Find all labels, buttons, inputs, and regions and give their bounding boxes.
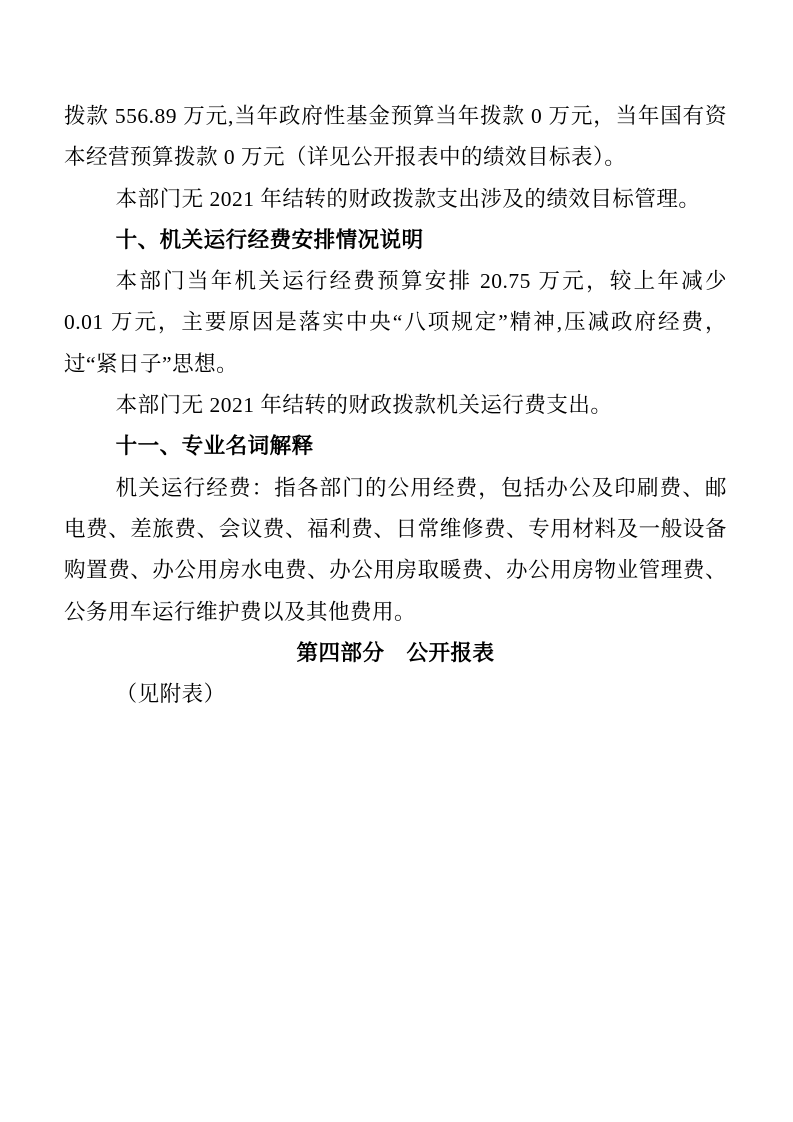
paragraph-operating-expense: 本部门当年机关运行经费预算安排 20.75 万元，较上年减少 0.01 万元，主…	[64, 261, 727, 385]
paragraph-no-2021-performance: 本部门无 2021 年结转的财政拨款支出涉及的绩效目标管理。	[64, 179, 727, 220]
heading-section-10: 十、机关运行经费安排情况说明	[64, 220, 727, 261]
document-page: 拨款 556.89 万元,当年政府性基金预算当年拨款 0 万元，当年国有资本经营…	[0, 0, 793, 1122]
heading-section-11: 十一、专业名词解释	[64, 426, 727, 467]
heading-part-4: 第四部分 公开报表	[64, 633, 727, 674]
paragraph-term-definition: 机关运行经费：指各部门的公用经费，包括办公及印刷费、邮电费、差旅费、会议费、福利…	[64, 468, 727, 633]
paragraph-no-2021-operating: 本部门无 2021 年结转的财政拨款机关运行费支出。	[64, 385, 727, 426]
paragraph-see-attached: （见附表）	[64, 674, 727, 715]
paragraph-funding-carryover: 拨款 556.89 万元,当年政府性基金预算当年拨款 0 万元，当年国有资本经营…	[64, 96, 727, 179]
